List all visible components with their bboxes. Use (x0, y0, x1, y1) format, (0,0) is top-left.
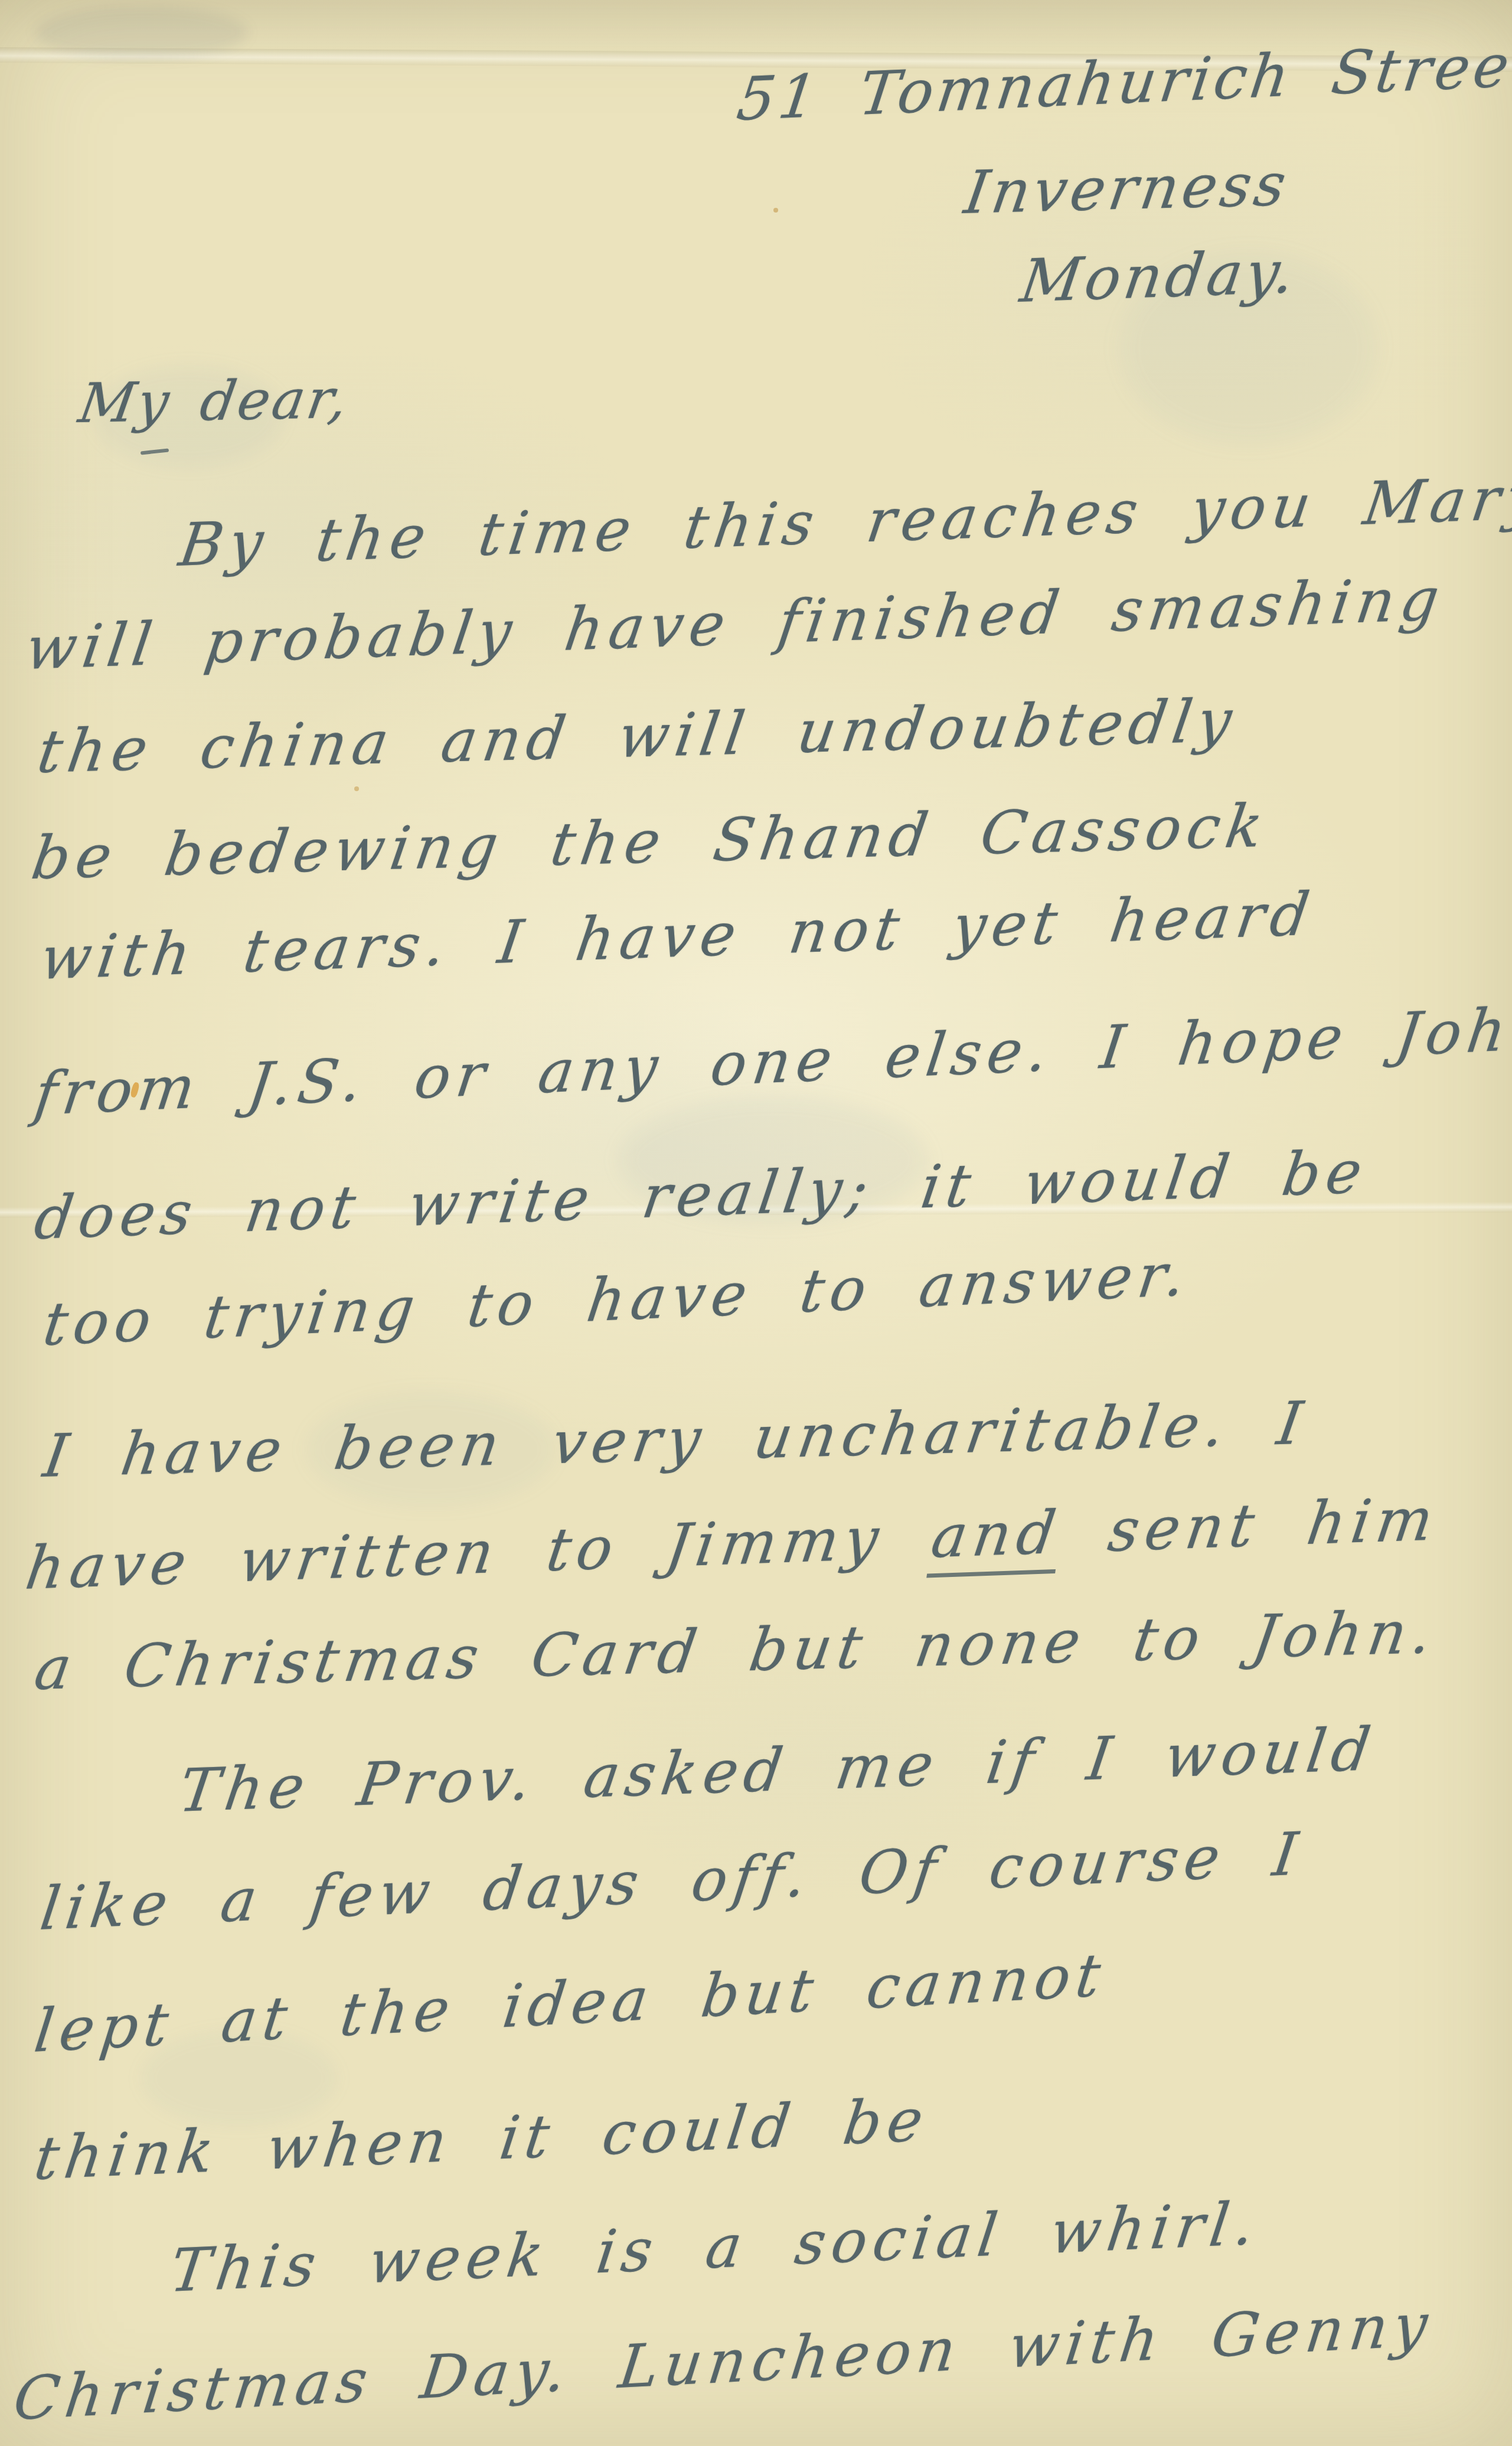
date-line: Monday. (1017, 237, 1302, 316)
letter-line-11: a Christmas Card but none to John. (30, 1597, 1442, 1703)
letter-line-15: think when it could be (31, 2085, 933, 2193)
letter-line-17: Christmas Day. Luncheon with Genny (10, 2290, 1437, 2434)
address-line: 51 Tomnahurich Street (733, 30, 1512, 134)
letter-line-13: like a few days off. Of course I (37, 1819, 1307, 1944)
underlined-word: and (926, 1497, 1066, 1578)
letter-line-10-post: sent him (1056, 1484, 1443, 1567)
letter-line-14: lept at the idea but cannot (31, 1940, 1110, 2066)
salutation-flourish (141, 449, 169, 455)
letter-line-10-pre: have written to Jimmy (22, 1502, 937, 1603)
letter-page: 51 Tomnahurich Street Inverness Monday. … (0, 0, 1512, 2446)
letter-line-4: be bedewing the Shand Cassock (27, 791, 1273, 893)
letter-line-2: will probably have finished smashing (22, 564, 1449, 684)
letter-line-5: with tears. I have not yet heard (37, 879, 1320, 993)
letter-line-12: The Prov. asked me if I would (175, 1715, 1380, 1825)
paper-speck (354, 786, 359, 791)
show-through-smudge (35, 6, 248, 59)
letter-line-6: from J.S. or any one else. I hope John (31, 993, 1512, 1129)
letter-line-3: the china and will undoubtedly (33, 685, 1242, 786)
letter-line-1: By the time this reaches you Mary (175, 463, 1512, 580)
paper-speck (773, 208, 778, 213)
letter-line-10: have written to Jimmy and sent him (22, 1484, 1444, 1603)
letter-line-9: I have been very uncharitable. I (39, 1389, 1312, 1491)
letter-line-8: too trying to have to answer. (40, 1240, 1195, 1360)
salutation: My dear, (75, 367, 355, 435)
letter-line-16: This week is a social whirl. (166, 2189, 1264, 2305)
city-line: Inverness (960, 149, 1294, 227)
letter-line-7: does not write really; it would be (31, 1137, 1372, 1253)
